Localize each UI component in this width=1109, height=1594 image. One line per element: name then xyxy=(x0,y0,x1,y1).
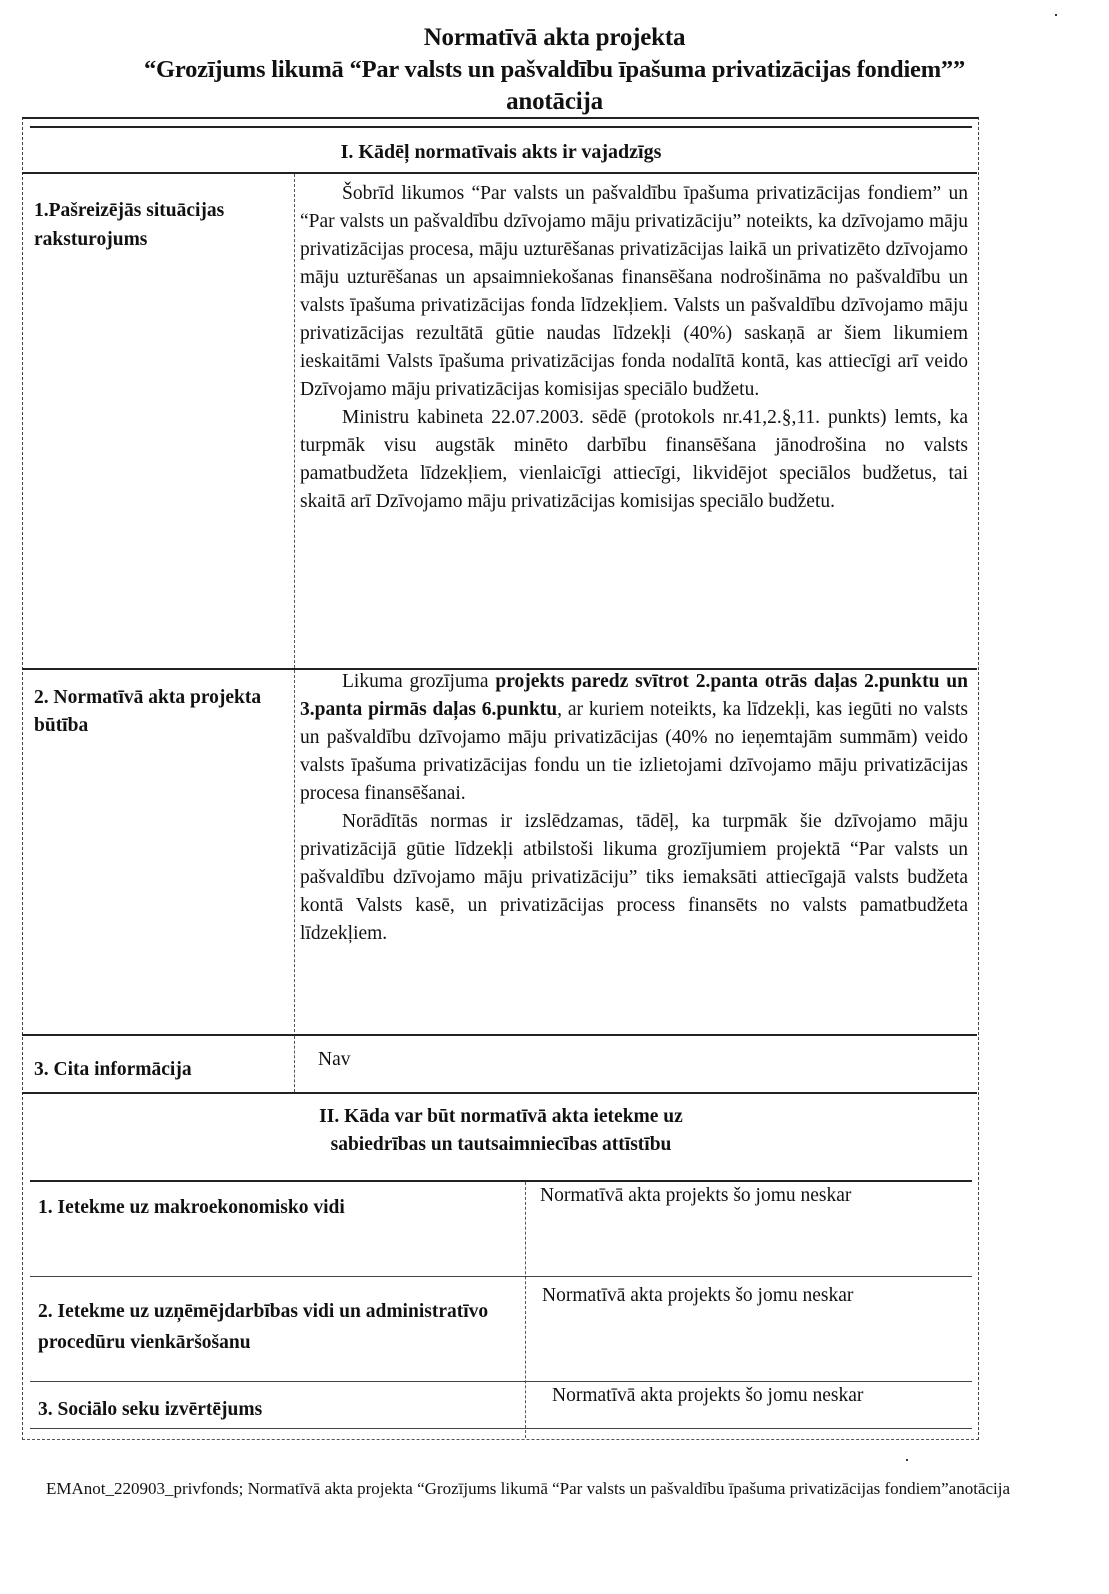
row-label-other-info: 3. Cita informācija xyxy=(34,1056,284,1084)
paragraph: Šobrīd likumos “Par valsts un pašvaldību… xyxy=(300,180,968,404)
document-title: Normatīvā akta projekta “Grozījums likum… xyxy=(0,22,1109,118)
row-content-project-essence: Likuma grozījuma projekts paredz svītrot… xyxy=(300,668,968,948)
row-content-current-situation: Šobrīd likumos “Par valsts un pašvaldību… xyxy=(300,180,968,516)
column-divider xyxy=(294,174,295,668)
scan-artifact xyxy=(1055,14,1057,16)
row-label-project-essence: 2. Normatīvā akta projekta būtība xyxy=(34,684,274,740)
divider xyxy=(30,126,972,128)
column-divider xyxy=(525,1182,526,1438)
section-1-heading: I. Kādēļ normatīvais akts ir vajadzīgs xyxy=(30,138,972,166)
column-divider xyxy=(294,1036,295,1092)
paragraph: Norādītās normas ir izslēdzamas, tādēļ, … xyxy=(300,808,968,948)
heading-line: II. Kāda var būt normatīvā akta ietekme … xyxy=(30,1103,972,1131)
title-line-3: anotācija xyxy=(0,86,1109,118)
column-divider xyxy=(294,670,295,1032)
paragraph: Ministru kabineta 22.07.2003. sēdē (prot… xyxy=(300,404,968,516)
scan-artifact xyxy=(906,1459,908,1461)
heading-line: sabiedrības un tautsaimniecības attīstīb… xyxy=(30,1131,972,1159)
title-line-2: “Grozījums likumā “Par valsts un pašvald… xyxy=(0,54,1109,86)
divider xyxy=(22,172,977,174)
divider xyxy=(22,1092,977,1094)
section-2-heading: II. Kāda var būt normatīvā akta ietekme … xyxy=(30,1103,972,1159)
paragraph: Likuma grozījuma projekts paredz svītrot… xyxy=(300,668,968,808)
row-label-macroeconomic: 1. Ietekme uz makroekonomisko vidi xyxy=(38,1194,518,1222)
row-value-social-impact: Normatīvā akta projekts šo jomu neskar xyxy=(552,1380,972,1411)
row-value-macroeconomic: Normatīvā akta projekts šo jomu neskar xyxy=(540,1180,870,1211)
divider xyxy=(30,1428,972,1429)
document-footer: EMAnot_220903_privfonds; Normatīvā akta … xyxy=(46,1476,1076,1502)
row-value-other-info: Nav xyxy=(318,1044,918,1075)
row-label-social-impact: 3. Sociālo seku izvērtējums xyxy=(38,1396,518,1424)
divider xyxy=(30,1276,972,1277)
row-value-business-environment: Normatīvā akta projekts šo jomu neskar xyxy=(542,1280,872,1311)
divider xyxy=(22,1034,977,1036)
text-run: Likuma grozījuma xyxy=(342,671,495,692)
row-label-current-situation: 1.Pašreizējās situācijas raksturojums xyxy=(34,196,274,254)
title-line-1: Normatīvā akta projekta xyxy=(0,22,1109,54)
row-label-business-environment: 2. Ietekme uz uzņēmējdarbības vidi un ad… xyxy=(38,1296,518,1358)
